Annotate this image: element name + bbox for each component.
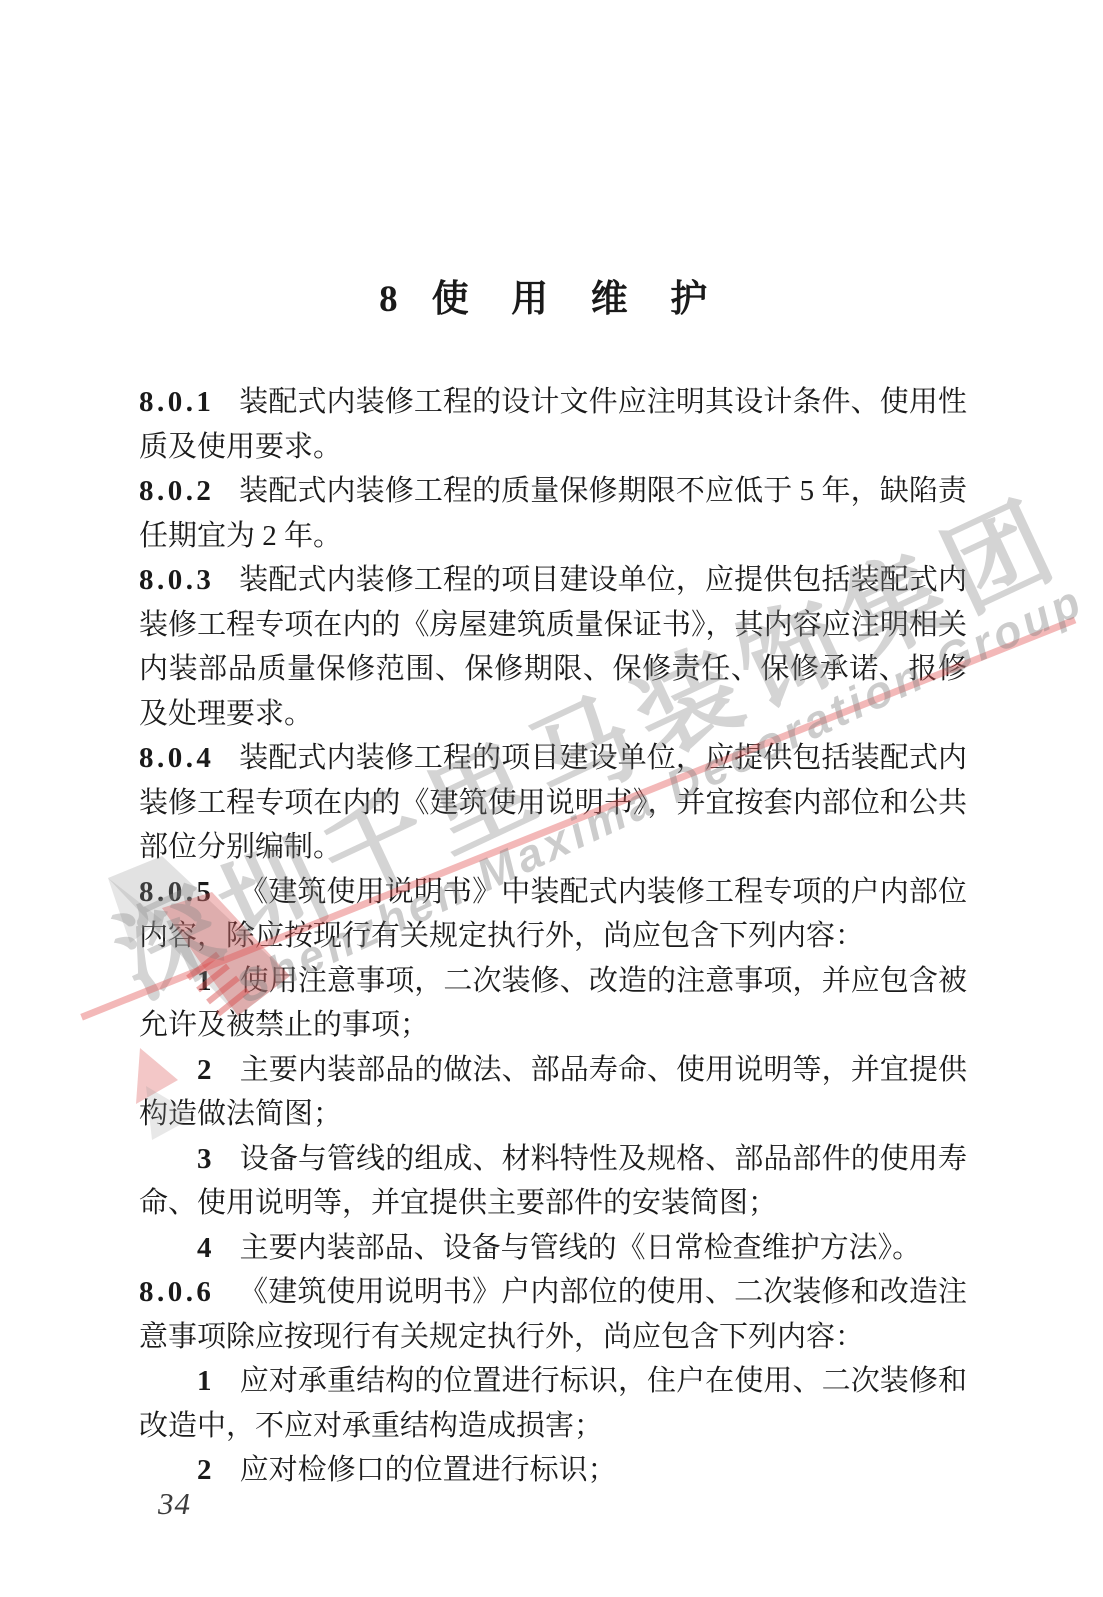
clause-number: 8.0.4 bbox=[139, 742, 214, 774]
clause-paragraph: 8.0.2装配式内装修工程的质量保修期限不应低于 5 年，缺陷责任期宜为 2 年… bbox=[139, 469, 967, 558]
clause-paragraph: 2主要内装部品的做法、部品寿命、使用说明等，并宜提供构造做法简图； bbox=[139, 1048, 967, 1137]
clause-paragraph: 4主要内装部品、设备与管线的《日常检查维护方法》。 bbox=[139, 1226, 967, 1271]
document-page: 8使 用 维 护 8.0.1装配式内装修工程的设计文件应注明其设计条件、使用性质… bbox=[0, 0, 1103, 1597]
clause-paragraph: 1使用注意事项，二次装修、改造的注意事项，并应包含被允许及被禁止的事项； bbox=[139, 959, 967, 1048]
clause-paragraph: 8.0.5《建筑使用说明书》中装配式内装修工程专项的户内部位内容，除应按现行有关… bbox=[139, 870, 967, 959]
clause-paragraph: 8.0.1装配式内装修工程的设计文件应注明其设计条件、使用性质及使用要求。 bbox=[139, 380, 967, 469]
clause-paragraph: 2应对检修口的位置进行标识； bbox=[139, 1448, 967, 1493]
clause-number: 4 bbox=[197, 1232, 215, 1264]
clause-number: 1 bbox=[197, 1365, 215, 1397]
clause-number: 8.0.5 bbox=[139, 876, 214, 908]
clause-number: 8.0.3 bbox=[139, 564, 214, 596]
clause-text: 装配式内装修工程的项目建设单位，应提供包括装配式内装修工程专项在内的《建筑使用说… bbox=[139, 742, 967, 863]
chapter-title: 使 用 维 护 bbox=[432, 279, 724, 320]
clause-paragraph: 8.0.6《建筑使用说明书》户内部位的使用、二次装修和改造注意事项除应按现行有关… bbox=[139, 1270, 967, 1359]
clause-number: 2 bbox=[197, 1054, 215, 1086]
clause-number: 8.0.6 bbox=[139, 1276, 214, 1308]
clause-text: 《建筑使用说明书》户内部位的使用、二次装修和改造注意事项除应按现行有关规定执行外… bbox=[139, 1276, 967, 1353]
clause-number: 8.0.2 bbox=[139, 475, 214, 507]
clause-text: 主要内装部品、设备与管线的《日常检查维护方法》。 bbox=[240, 1232, 922, 1264]
clause-text: 装配式内装修工程的项目建设单位，应提供包括装配式内装修工程专项在内的《房屋建筑质… bbox=[139, 564, 967, 730]
clause-paragraph: 3设备与管线的组成、材料特性及规格、部品部件的使用寿命、使用说明等，并宜提供主要… bbox=[139, 1137, 967, 1226]
clause-paragraph: 1应对承重结构的位置进行标识，住户在使用、二次装修和改造中，不应对承重结构造成损… bbox=[139, 1359, 967, 1448]
clause-list: 8.0.1装配式内装修工程的设计文件应注明其设计条件、使用性质及使用要求。 8.… bbox=[139, 380, 967, 1493]
clause-text: 装配式内装修工程的设计文件应注明其设计条件、使用性质及使用要求。 bbox=[139, 386, 967, 463]
clause-text: 《建筑使用说明书》中装配式内装修工程专项的户内部位内容，除应按现行有关规定执行外… bbox=[139, 876, 967, 953]
clause-number: 2 bbox=[197, 1454, 215, 1486]
clause-text: 应对承重结构的位置进行标识，住户在使用、二次装修和改造中，不应对承重结构造成损害… bbox=[139, 1365, 967, 1442]
clause-text: 使用注意事项，二次装修、改造的注意事项，并应包含被允许及被禁止的事项； bbox=[139, 965, 967, 1042]
clause-paragraph: 8.0.4装配式内装修工程的项目建设单位，应提供包括装配式内装修工程专项在内的《… bbox=[139, 736, 967, 870]
clause-text: 应对检修口的位置进行标识； bbox=[240, 1454, 617, 1486]
page-number: 34 bbox=[158, 1486, 191, 1522]
clause-number: 1 bbox=[197, 965, 215, 997]
clause-paragraph: 8.0.3装配式内装修工程的项目建设单位，应提供包括装配式内装修工程专项在内的《… bbox=[139, 558, 967, 736]
clause-number: 8.0.1 bbox=[139, 386, 214, 418]
chapter-heading: 8使 用 维 护 bbox=[0, 268, 1103, 322]
chapter-number: 8 bbox=[379, 279, 398, 320]
clause-text: 装配式内装修工程的质量保修期限不应低于 5 年，缺陷责任期宜为 2 年。 bbox=[139, 475, 967, 552]
clause-text: 主要内装部品的做法、部品寿命、使用说明等，并宜提供构造做法简图； bbox=[139, 1054, 967, 1131]
clause-text: 设备与管线的组成、材料特性及规格、部品部件的使用寿命、使用说明等，并宜提供主要部… bbox=[139, 1143, 967, 1220]
clause-number: 3 bbox=[197, 1143, 215, 1175]
